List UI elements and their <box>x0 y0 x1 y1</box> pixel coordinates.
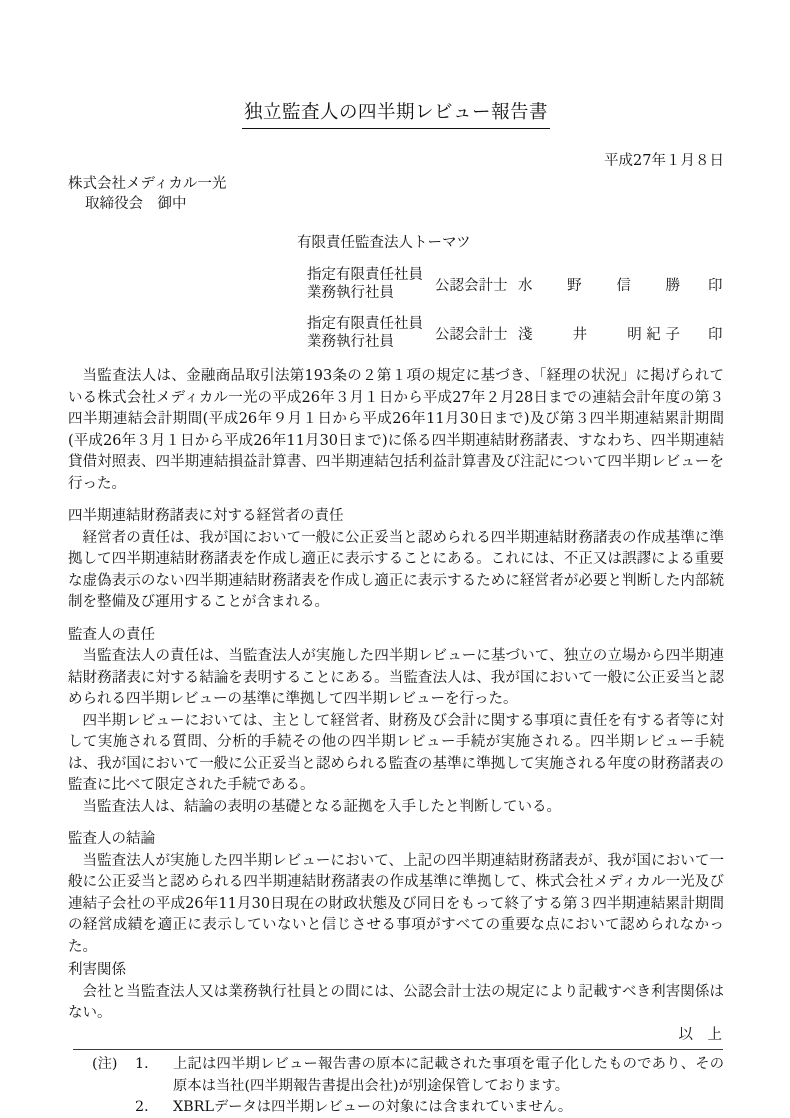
page-title: 独立監査人の四半期レビュー報告書 <box>242 100 550 129</box>
signatory-name-part: 野 <box>567 274 582 295</box>
signatory-role-line1: 指定有限責任社員 <box>307 267 435 285</box>
signatory-role: 指定有限責任社員 業務執行社員 <box>307 267 435 302</box>
quarterly-review-report-page: 独立監査人の四半期レビュー報告書 平成27年１月８日 株式会社メディカル一光 取… <box>0 0 790 1118</box>
footnote-divider <box>73 1049 723 1050</box>
section-heading-auditor-responsibility: 監査人の責任 <box>68 625 724 647</box>
section-heading-auditor-conclusion: 監査人の結論 <box>68 829 724 851</box>
addressee-company: 株式会社メディカル一光 <box>68 174 724 194</box>
note-text: 上記は四半期レビュー報告書の原本に記載された事項を電子化したものであり、その原本… <box>173 1054 724 1097</box>
footnotes: (注) 1． 上記は四半期レビュー報告書の原本に記載された事項を電子化したもので… <box>92 1054 724 1118</box>
signatory-name-part: 淺 <box>518 323 533 344</box>
signatory-role-line1: 指定有限責任社員 <box>307 316 435 334</box>
signatory-name-part: 井 <box>573 323 588 344</box>
note-text: XBRLデータは四半期レビューの対象には含まれていません。 <box>173 1097 724 1118</box>
audit-firm-name: 有限責任監査法人トーマツ <box>297 233 724 253</box>
signatory-name-part: 水 <box>518 274 533 295</box>
addressee-board: 取締役会 御中 <box>68 194 724 214</box>
section-paragraph: 会社と当監査法人又は業務執行社員との間には、公認会計士法の規定により記載すべき利… <box>68 982 724 1025</box>
section-paragraph: 当監査法人の責任は、当監査法人が実施した四半期レビューに基づいて、独立の立場から… <box>68 646 724 711</box>
seal-mark: 印 <box>708 323 723 344</box>
note-label: (注) <box>92 1054 135 1076</box>
note-item: (注) 1． 上記は四半期レビュー報告書の原本に記載された事項を電子化したもので… <box>92 1054 724 1097</box>
signatory-name-part: 信 <box>616 274 631 295</box>
signatory-qualification: 公認会計士 <box>435 274 518 295</box>
section-heading-management-responsibility: 四半期連結財務諸表に対する経営者の責任 <box>68 506 724 528</box>
signatory-name: 淺 井 明 紀 子 <box>518 323 680 344</box>
signatory-role-line2: 業務執行社員 <box>307 334 435 352</box>
note-number: 2． <box>135 1097 173 1118</box>
section-paragraph: 四半期レビューにおいては、主として経営者、財務及び会計に関する事項に責任を有する… <box>68 711 724 797</box>
signatory-name-part: 勝 <box>665 274 680 295</box>
signatory-name-part: 明 紀 子 <box>627 323 680 344</box>
signatory-row: 指定有限責任社員 業務執行社員 公認会計士 水 野 信 勝 印 <box>307 266 724 303</box>
closing-mark: 以 上 <box>68 1025 724 1047</box>
report-date: 平成27年１月８日 <box>68 150 724 172</box>
note-item: 2． XBRLデータは四半期レビューの対象には含まれていません。 <box>92 1097 724 1118</box>
section-paragraph: 当監査法人は、結論の表明の基礎となる証拠を入手したと判断している。 <box>68 797 724 819</box>
seal-mark: 印 <box>708 274 723 295</box>
signatory-role-line2: 業務執行社員 <box>307 285 435 303</box>
signatory-qualification: 公認会計士 <box>435 323 518 344</box>
signatory-row: 指定有限責任社員 業務執行社員 公認会計士 淺 井 明 紀 子 印 <box>307 315 724 352</box>
intro-paragraph: 当監査法人は、金融商品取引法第193条の２第１項の規定に基づき、「経理の状況」に… <box>68 366 724 495</box>
signatory-name: 水 野 信 勝 <box>518 274 680 295</box>
note-number: 1． <box>135 1054 173 1076</box>
section-paragraph: 経営者の責任は、我が国において一般に公正妥当と認められる四半期連結財務諸表の作成… <box>68 528 724 614</box>
title-row: 独立監査人の四半期レビュー報告書 <box>68 100 724 129</box>
signatory-role: 指定有限責任社員 業務執行社員 <box>307 316 435 351</box>
section-paragraph: 当監査法人が実施した四半期レビューにおいて、上記の四半期連結財務諸表が、我が国に… <box>68 851 724 959</box>
section-heading-interest-relationship: 利害関係 <box>68 960 724 982</box>
